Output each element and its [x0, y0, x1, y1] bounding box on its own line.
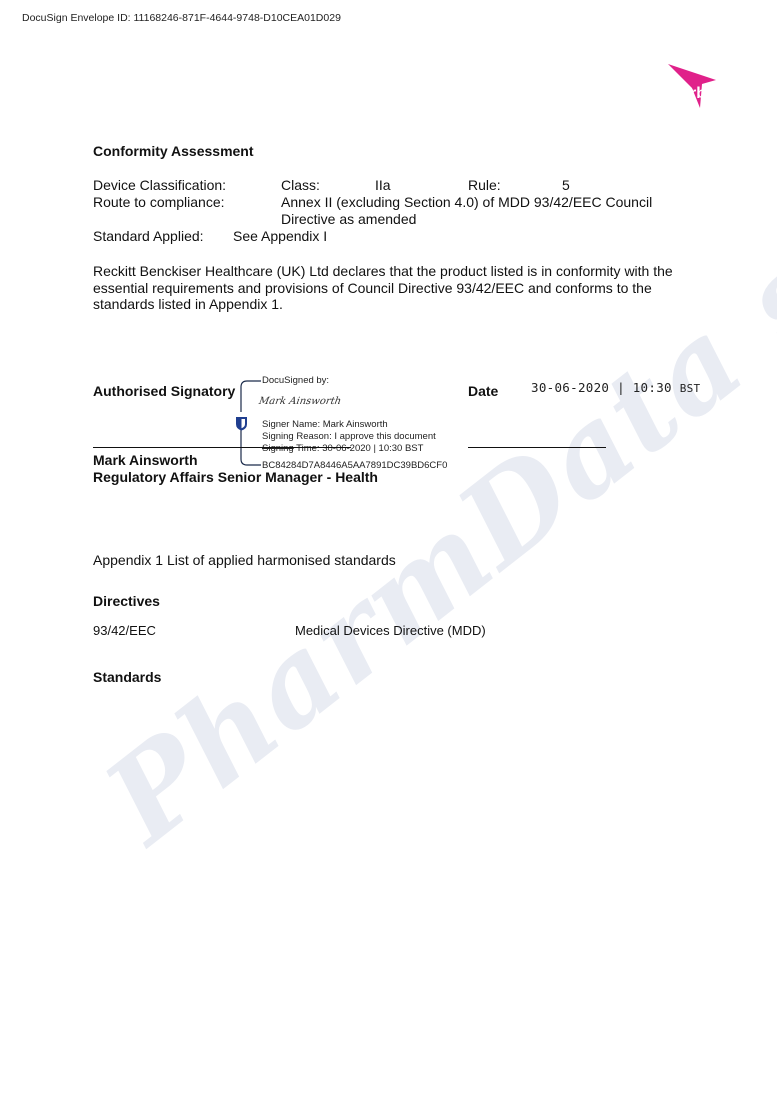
date-time: 30-06-2020 | 10:30: [531, 380, 672, 395]
directives-heading: Directives: [93, 593, 160, 609]
section-title-conformity: Conformity Assessment: [93, 143, 254, 159]
signer-name-line: Signer Name: Mark Ainsworth: [262, 419, 436, 431]
directive-code: 93/42/EEC: [93, 623, 156, 638]
signing-time-prefix: Signing: [262, 443, 294, 454]
signer-role: Regulatory Affairs Senior Manager - Heal…: [93, 469, 378, 485]
rule-label: Rule:: [468, 177, 501, 193]
class-label: Class:: [281, 177, 320, 193]
docusign-envelope-id: DocuSign Envelope ID: 11168246-871F-4644…: [22, 12, 341, 24]
standards-heading: Standards: [93, 669, 161, 685]
standard-row: Standard Applied: See Appendix I: [93, 228, 204, 244]
standard-label: Standard Applied:: [93, 228, 204, 244]
device-classification-label: Device Classification:: [93, 177, 226, 193]
directive-name: Medical Devices Directive (MDD): [295, 623, 486, 638]
route-value-line1: Annex II (excluding Section 4.0) of MDD …: [281, 194, 652, 210]
class-value: IIa: [375, 177, 391, 193]
route-row: Route to compliance: Annex II (excluding…: [93, 194, 225, 210]
declaration-paragraph: Reckitt Benckiser Healthcare (UK) Ltd de…: [93, 263, 683, 313]
signer-name: Mark Ainsworth: [93, 452, 198, 468]
signature-line: [93, 447, 351, 448]
date-timezone: BST: [680, 382, 701, 395]
docusigned-by-label: DocuSigned by:: [262, 375, 329, 386]
handwritten-signature: Mark Ainsworth: [258, 396, 342, 407]
rule-value: 5: [562, 177, 570, 193]
route-label: Route to compliance:: [93, 194, 225, 210]
signing-reason-line: Signing Reason: I approve this document: [262, 431, 436, 443]
rb-logo-icon: rb: [666, 62, 718, 110]
device-classification-row: Device Classification: Class: IIa Rule: …: [93, 177, 226, 193]
docusign-details: Signer Name: Mark Ainsworth Signing Reas…: [262, 419, 436, 455]
route-value-line2: Directive as amended: [281, 211, 416, 227]
docusign-stamp: DocuSigned by: Mark Ainsworth Signer Nam…: [233, 372, 473, 472]
shield-icon: [235, 416, 248, 431]
appendix-title: Appendix 1 List of applied harmonised st…: [93, 552, 396, 568]
logo-text: rb: [690, 85, 706, 102]
signing-time-rest: Time: 30-06-2020 | 10:30 BST: [294, 443, 424, 454]
date-line: [468, 447, 606, 448]
signing-time-line: Signing Time: 30-06-2020 | 10:30 BST: [262, 443, 436, 455]
authorised-signatory-label: Authorised Signatory: [93, 383, 235, 399]
date-value: 30-06-2020 | 10:30 BST: [531, 380, 700, 395]
standard-value: See Appendix I: [233, 228, 327, 244]
